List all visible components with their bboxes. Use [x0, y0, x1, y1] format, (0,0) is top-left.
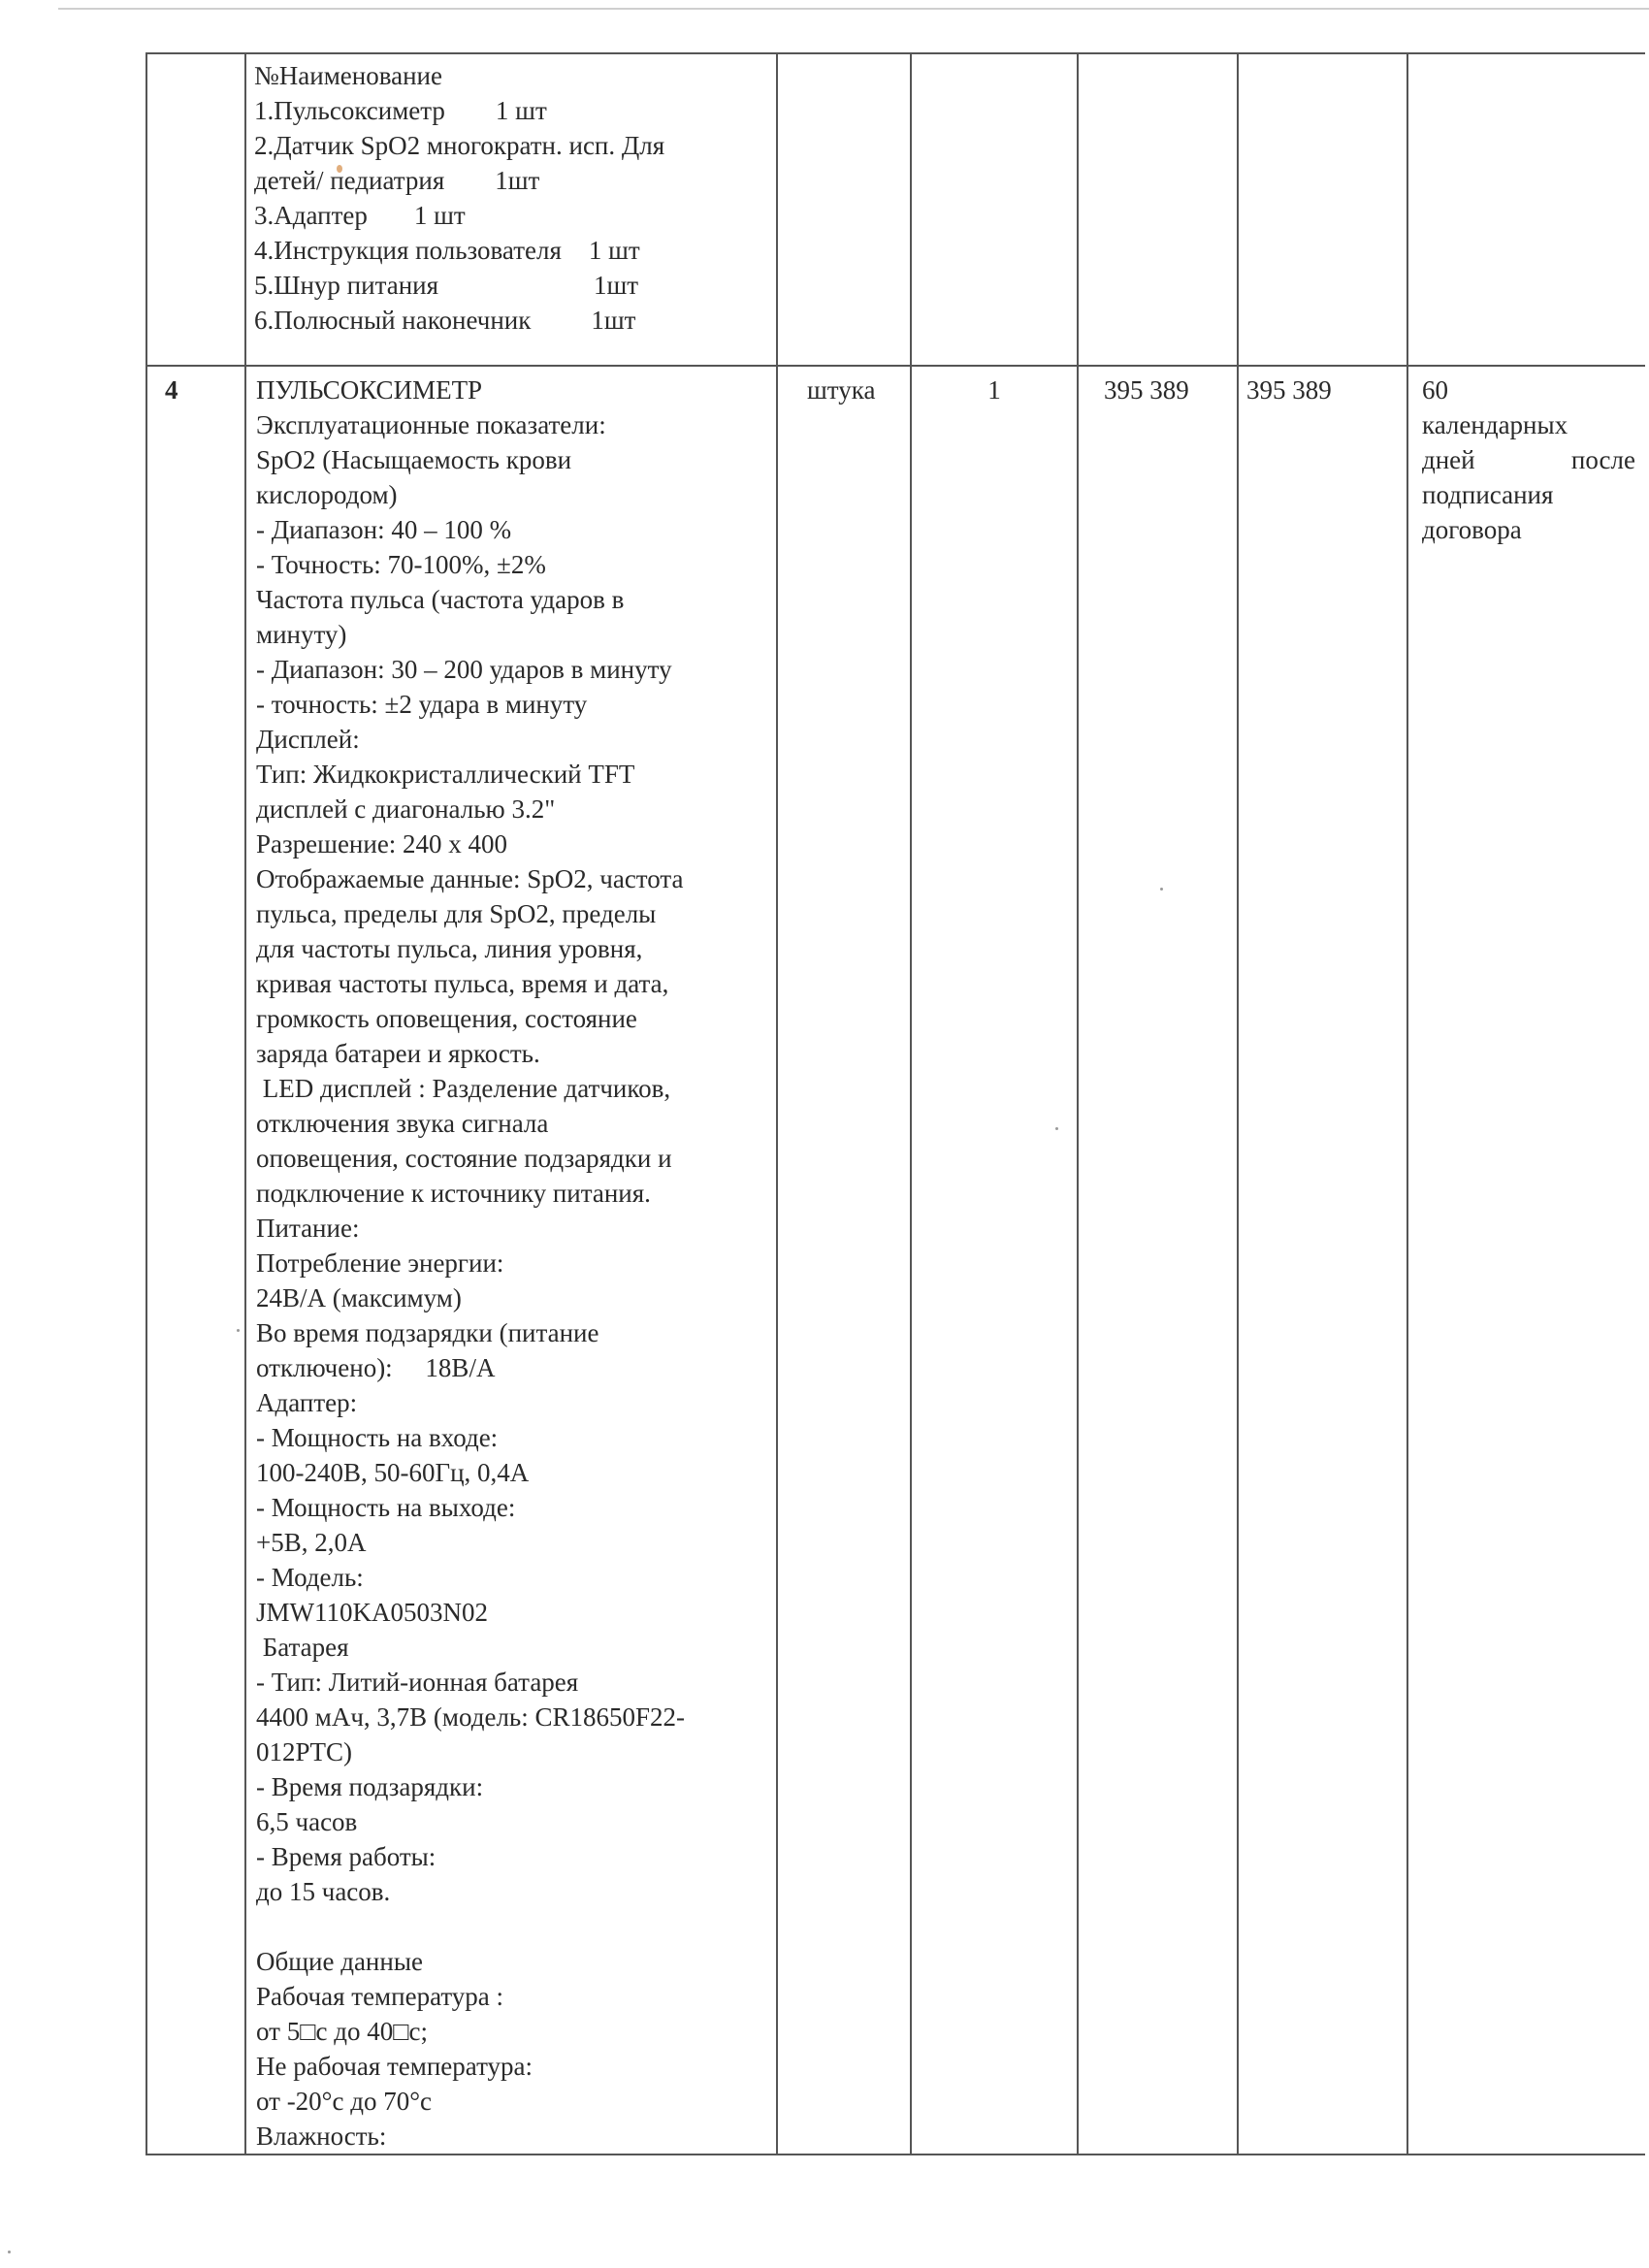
description-line: отключения звука сигнала	[256, 1106, 766, 1141]
scan-speck	[1160, 888, 1163, 891]
description-line: Питание:	[256, 1211, 766, 1246]
item-title: ПУЛЬСОКСИМЕТР	[256, 373, 766, 407]
description-line: SpO2 (Насыщаемость крови	[256, 442, 766, 477]
kit-item-name: детей/ педиатрия	[254, 163, 444, 198]
description-line: JMW110KA0503N02	[256, 1595, 766, 1630]
kit-header: №Наименование	[254, 58, 768, 93]
term-word: после	[1571, 442, 1635, 477]
description-line: - Диапазон: 30 – 200 ударов в минуту	[256, 652, 766, 687]
kit-item-qty: 1шт	[594, 268, 638, 303]
cell-delivery-term-empty	[1407, 53, 1645, 366]
description-line: - точность: ±2 удара в минуту	[256, 687, 766, 722]
description-line: для частоты пульса, линия уровня,	[256, 931, 766, 966]
term-word: дней	[1422, 442, 1475, 477]
description-line: - Мощность на входе:	[256, 1420, 766, 1455]
description-line: от 5□с до 40□с;	[256, 2014, 766, 2049]
description-line	[256, 1909, 766, 1944]
cell-quantity-empty	[911, 53, 1078, 366]
cell-number	[146, 53, 245, 366]
description-line: до 15 часов.	[256, 1874, 766, 1909]
kit-header-text: №Наименование	[254, 58, 442, 93]
kit-item-qty: 1 шт	[414, 198, 466, 233]
description-line: LED дисплей : Разделение датчиков,	[256, 1071, 766, 1106]
description-line: Во время подзарядки (питание	[256, 1315, 766, 1350]
description-line: Общие данные	[256, 1944, 766, 1979]
description-line: дисплей с диагональю 3.2"	[256, 792, 766, 826]
description-line: - Точность: 70-100%, ±2%	[256, 547, 766, 582]
kit-item-name: 6.Полюсный наконечник	[254, 303, 531, 338]
item-description-lines: Эксплуатационные показатели:SpO2 (Насыща…	[256, 407, 766, 2154]
description-line: Влажность:	[256, 2119, 766, 2154]
kit-item-name: 1.Пульсоксиметр	[254, 93, 445, 128]
kit-item-qty: 1шт	[591, 303, 635, 338]
description-line: пульса, пределы для SpO2, пределы	[256, 896, 766, 931]
description-line: Частота пульса (частота ударов в	[256, 582, 766, 617]
description-line: Дисплей:	[256, 722, 766, 757]
kit-item: 6.Полюсный наконечник1шт	[254, 303, 768, 338]
scan-stain	[337, 165, 342, 173]
description-line: Эксплуатационные показатели:	[256, 407, 766, 442]
cell-description: ПУЛЬСОКСИМЕТР Эксплуатационные показател…	[245, 366, 777, 2155]
cell-unit: штука	[777, 366, 911, 2155]
scan-edge-line	[58, 8, 1649, 10]
kit-item-qty: 1 шт	[589, 233, 640, 268]
description-line: Потребление энергии:	[256, 1246, 766, 1280]
kit-item: детей/ педиатрия1шт	[254, 163, 768, 198]
description-line: Отображаемые данные: SpO2, частота	[256, 861, 766, 896]
cell-unit-empty	[777, 53, 911, 366]
kit-item-name: 2.Датчик SpO2 многократн. исп. Для	[254, 128, 664, 163]
description-line: Батарея	[256, 1630, 766, 1665]
scan-speck	[8, 2251, 11, 2253]
description-line: - Тип: Литий-ионная батарея	[256, 1665, 766, 1700]
cell-unit-price-empty	[1078, 53, 1238, 366]
kit-item: 2.Датчик SpO2 многократн. исп. Для	[254, 128, 768, 163]
kit-item-name: 3.Адаптер	[254, 198, 368, 233]
description-line: 24В/А (максимум)	[256, 1280, 766, 1315]
description-line: - Модель:	[256, 1560, 766, 1595]
cell-total-price-empty	[1238, 53, 1407, 366]
description-line: кривая частоты пульса, время и дата,	[256, 966, 766, 1001]
term-line: подписания	[1422, 477, 1635, 512]
specification-table: №Наименование 1.Пульсоксиметр1 шт 2.Датч…	[145, 52, 1645, 2155]
description-line: Рабочая температура :	[256, 1979, 766, 2014]
description-line: оповещения, состояние подзарядки и	[256, 1141, 766, 1176]
description-line: 012PTC)	[256, 1734, 766, 1769]
cell-kit-contents: №Наименование 1.Пульсоксиметр1 шт 2.Датч…	[245, 53, 777, 366]
kit-item: 1.Пульсоксиметр1 шт	[254, 93, 768, 128]
cell-number: 4	[146, 366, 245, 2155]
description-line: отключено): 18В/А	[256, 1350, 766, 1385]
scan-speck	[1055, 1127, 1058, 1130]
term-line: дней после	[1422, 442, 1635, 477]
description-line: кислородом)	[256, 477, 766, 512]
cell-delivery-term: 60 календарных дней после подписания дог…	[1407, 366, 1645, 2155]
cell-quantity: 1	[911, 366, 1078, 2155]
description-line: Разрешение: 240 x 400	[256, 826, 766, 861]
kit-item-name: 4.Инструкция пользователя	[254, 233, 562, 268]
description-line: от -20°с до 70°с	[256, 2084, 766, 2119]
table-row-item-4: 4 ПУЛЬСОКСИМЕТР Эксплуатационные показат…	[146, 366, 1645, 2155]
description-line: - Время работы:	[256, 1839, 766, 1874]
cell-unit-price: 395 389	[1078, 366, 1238, 2155]
description-line: громкость оповещения, состояние	[256, 1001, 766, 1036]
description-line: 4400 мАч, 3,7В (модель: CR18650F22-	[256, 1700, 766, 1734]
term-line: договора	[1422, 512, 1635, 547]
description-line: Не рабочая температура:	[256, 2049, 766, 2084]
description-line: +5В, 2,0А	[256, 1525, 766, 1560]
description-line: подключение к источнику питания.	[256, 1176, 766, 1211]
term-line: календарных	[1422, 407, 1635, 442]
description-line: - Время подзарядки:	[256, 1769, 766, 1804]
cell-total-price: 395 389	[1238, 366, 1407, 2155]
description-line: Тип: Жидкокристаллический TFT	[256, 757, 766, 792]
description-line: 100-240В, 50-60Гц, 0,4А	[256, 1455, 766, 1490]
kit-item-name: 5.Шнур питания	[254, 268, 438, 303]
description-line: 6,5 часов	[256, 1804, 766, 1839]
kit-item: 4.Инструкция пользователя1 шт	[254, 233, 768, 268]
scan-speck	[237, 1329, 240, 1332]
description-line: заряда батареи и яркость.	[256, 1036, 766, 1071]
description-line: минуту)	[256, 617, 766, 652]
term-line: 60	[1422, 373, 1635, 407]
description-line: - Диапазон: 40 – 100 %	[256, 512, 766, 547]
table-row-kit-contents: №Наименование 1.Пульсоксиметр1 шт 2.Датч…	[146, 53, 1645, 366]
kit-item-qty: 1 шт	[496, 93, 547, 128]
description-line: Адаптер:	[256, 1385, 766, 1420]
kit-item-qty: 1шт	[495, 163, 539, 198]
kit-item: 3.Адаптер1 шт	[254, 198, 768, 233]
description-line: - Мощность на выходе:	[256, 1490, 766, 1525]
kit-item: 5.Шнур питания1шт	[254, 268, 768, 303]
